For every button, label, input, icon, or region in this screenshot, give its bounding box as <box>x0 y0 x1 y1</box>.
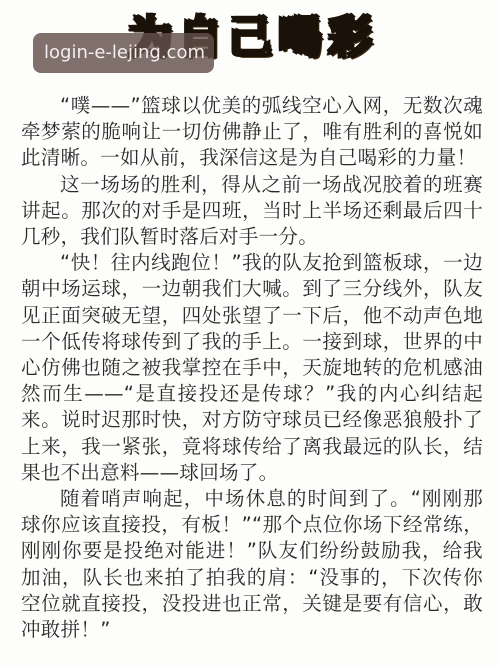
article-body: “噗——”篮球以优美的弧线空心入网，无数次魂牵梦萦的脆响让一切仿佛静止了，唯有胜… <box>21 93 483 643</box>
paragraph: “噗——”篮球以优美的弧线空心入网，无数次魂牵梦萦的脆响让一切仿佛静止了，唯有胜… <box>21 93 483 172</box>
paragraph: “快！往内线跑位！”我的队友抢到篮板球，一边朝中场运球，一边朝我们大喊。到了三分… <box>21 250 483 486</box>
watermark-badge: login-e-lejing.com <box>33 33 214 73</box>
paragraph: 随着哨声响起，中场休息的时间到了。“刚刚那球你应该直接投，有板！”“那个点位你场… <box>21 486 483 643</box>
paragraph: 这一场场的胜利，得从之前一场战况胶着的班赛讲起。那次的对手是四班，当时上半场还剩… <box>21 172 483 251</box>
